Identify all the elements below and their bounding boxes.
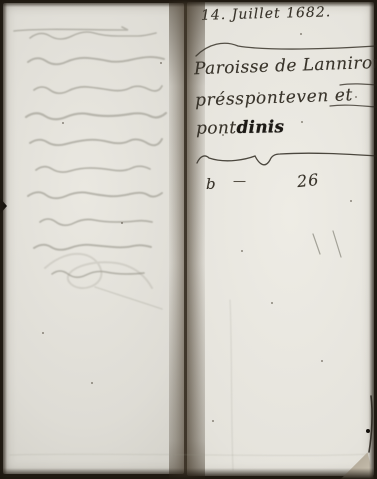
manuscript-scan: 14. Juillet 1682. Paroisse de Lanniron p… (0, 0, 377, 479)
paper-speck (42, 332, 44, 334)
title-line-3-overwritten: dinis (236, 117, 284, 138)
paper-speck (91, 382, 93, 384)
parish-title-line-3: pontdinis (196, 117, 285, 139)
paper-speck (212, 420, 214, 422)
paper-speck (121, 222, 123, 224)
paper-speck (300, 33, 302, 35)
paper-speck (355, 96, 357, 98)
paper-speck (62, 122, 64, 124)
folio-letter: b (206, 175, 216, 193)
paper-speck (258, 92, 260, 94)
paper-speck (271, 302, 273, 304)
left-page (3, 3, 184, 474)
title-line-3-light: pont (196, 118, 237, 139)
folio-number: 26 (296, 170, 320, 191)
paper-speck (160, 62, 162, 64)
paper-speck (301, 121, 303, 123)
date-heading: 14. Juillet 1682. (201, 4, 332, 23)
paper-speck (321, 360, 323, 362)
paper-speck (222, 134, 224, 136)
paper-speck (241, 250, 243, 252)
paper-speck (350, 200, 352, 202)
folio-dash: — (233, 174, 244, 189)
